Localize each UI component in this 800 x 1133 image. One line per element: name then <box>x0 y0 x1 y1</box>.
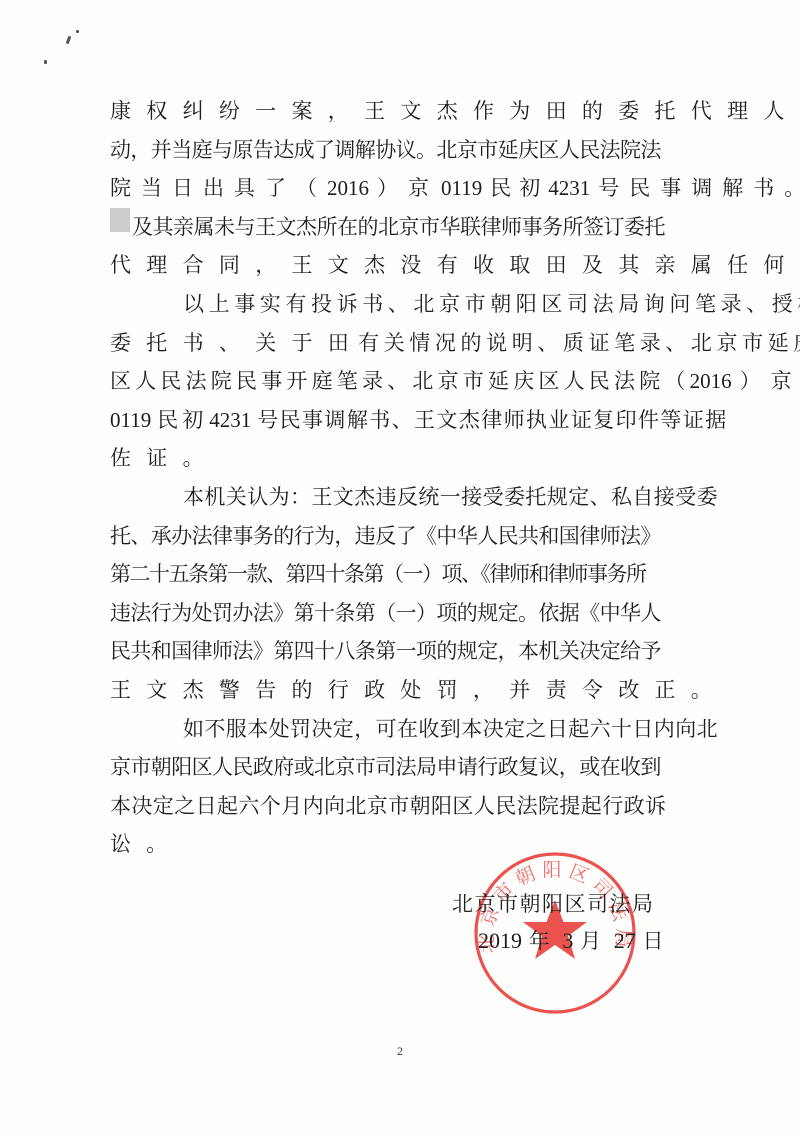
text-line: 及其亲属未与王文杰所在的北京市华联律师事务所签订委托 <box>110 208 694 247</box>
document-body: 康权纠纷一案，王文杰作为田 的委托代理人参加了庭审活 动，并当庭与原告达成了调解… <box>110 92 694 864</box>
text-line: 第二十五条第一款、第四十条第（一）项、《律师和律师事务所 <box>110 555 694 594</box>
date-month-unit: 月 <box>580 929 601 953</box>
text-segment: ）京 <box>377 169 439 208</box>
text-line: 王文杰警告的行政处罚，并责令改正。 <box>110 671 694 710</box>
court-code: 0119 <box>441 169 482 208</box>
text-segment: 区人民法院民事开庭笔录、北京市延庆区人民法院（ <box>110 362 690 401</box>
date-month: 3 <box>562 928 573 953</box>
text-segment: 如不服本处罚决定，可在收到本决定之日起六十日内向北 <box>183 710 718 749</box>
scan-artifact <box>76 30 79 33</box>
text-line: 院当日出具了（ 2016 ）京 0119 民初 4231 号民事调解书。田 <box>110 169 694 208</box>
text-segment: 号民事调解书。田 <box>598 169 800 208</box>
text-segment: 托、承办法律事务的行为，违反了《中华人民共和国律师法》 <box>110 517 661 556</box>
text-line: 京市朝阳区人民政府或北京市司法局申请行政复议，或在收到 <box>110 748 694 787</box>
text-segment: 院当日出具了（ <box>110 169 327 208</box>
issue-date: 2019 年 3 月 27 日 <box>478 925 663 955</box>
text-line: 代理合同，王文杰没有收取田 及其亲属任何费用。 <box>110 246 694 285</box>
text-segment: 及其亲属未与王文杰所在的北京市华联律师事务所签订委托 <box>132 208 665 247</box>
text-segment: 代理合同，王文杰没有收取田 <box>110 246 582 285</box>
text-line: 委托书、关于田 有关情况的说明、质证笔录、北京市延庆 <box>110 324 694 363</box>
text-line: 如不服本处罚决定，可在收到本决定之日起六十日内向北 <box>110 710 694 749</box>
text-segment: 有关情况的说明、质证笔录、北京市延庆 <box>358 324 800 363</box>
case-number: 4231 <box>209 401 251 440</box>
text-segment: 委托书、关于田 <box>110 324 364 363</box>
text-segment: 讼。 <box>110 825 183 864</box>
text-segment: 号民事调解书、王文杰律师执业证复印件等证据 <box>257 401 727 440</box>
text-line: 康权纠纷一案，王文杰作为田 的委托代理人参加了庭审活 <box>110 92 694 131</box>
text-segment: 京市朝阳区人民政府或北京市司法局申请行政复议，或在收到 <box>110 748 661 787</box>
page-number: 2 <box>0 1044 800 1059</box>
text-segment: 佐证。 <box>110 439 219 478</box>
text-line: 本决定之日起六个月内向北京市朝阳区人民法院提起行政诉 <box>110 787 694 826</box>
text-segment: 民初 <box>490 169 548 208</box>
court-code: 0119 <box>110 401 151 440</box>
date-day: 27 <box>614 928 636 953</box>
document-page: 康权纠纷一案，王文杰作为田 的委托代理人参加了庭审活 动，并当庭与原告达成了调解… <box>0 0 800 1133</box>
text-segment: 第二十五条第一款、第四十条第（一）项、《律师和律师事务所 <box>110 555 646 594</box>
case-number: 4231 <box>548 169 590 208</box>
text-line: 动，并当庭与原告达成了调解协议。北京市延庆区人民法院法 <box>110 131 694 170</box>
text-line: 托、承办法律事务的行为，违反了《中华人民共和国律师法》 <box>110 517 694 556</box>
text-line: 本机关认为：王文杰违反统一接受委托规定、私自接受委 <box>110 478 694 517</box>
text-segment: 本决定之日起六个月内向北京市朝阳区人民法院提起行政诉 <box>110 787 666 826</box>
issuer-name: 北京市朝阳区司法局 <box>452 888 655 918</box>
text-segment: ）京 <box>740 362 800 401</box>
scan-artifact <box>44 60 47 64</box>
text-segment: 民初 <box>157 401 207 440</box>
text-line: 0119 民初 4231 号民事调解书、王文杰律师执业证复印件等证据 <box>110 401 694 440</box>
text-segment: 及其亲属任何费用。 <box>582 246 800 285</box>
case-year: 2016 <box>327 169 369 208</box>
text-line: 民共和国律师法》第四十八条第一项的规定，本机关决定给予 <box>110 632 694 671</box>
text-segment: 动，并当庭与原告达成了调解协议。北京市延庆区人民法院法 <box>110 131 661 170</box>
date-day-unit: 日 <box>642 929 663 953</box>
text-line: 佐证。 <box>110 439 694 478</box>
text-segment: 的委托代理人参加了庭审活 <box>582 92 800 131</box>
text-line: 违法行为处罚办法》第十条第（一）项的规定。依据《中华人 <box>110 594 694 633</box>
text-segment: 民共和国律师法》第四十八条第一项的规定，本机关决定给予 <box>110 632 661 671</box>
redaction-box <box>110 208 130 232</box>
text-segment: 违法行为处罚办法》第十条第（一）项的规定。依据《中华人 <box>110 594 661 633</box>
text-segment: 本机关认为：王文杰违反统一接受委托规定、私自接受委 <box>183 478 718 517</box>
case-year: 2016 <box>690 362 732 401</box>
text-segment: 王文杰警告的行政处罚，并责令改正。 <box>110 671 727 710</box>
text-segment: 康权纠纷一案，王文杰作为田 <box>110 92 582 131</box>
text-segment: 以上事实有投诉书、北京市朝阳区司法局询问笔录、授权 <box>183 285 800 324</box>
text-line: 区人民法院民事开庭笔录、北京市延庆区人民法院（ 2016 ）京 <box>110 362 694 401</box>
date-year-unit: 年 <box>529 929 550 953</box>
text-line: 以上事实有投诉书、北京市朝阳区司法局询问笔录、授权 <box>110 285 694 324</box>
date-year: 2019 <box>478 928 522 953</box>
scan-artifact <box>66 36 72 45</box>
